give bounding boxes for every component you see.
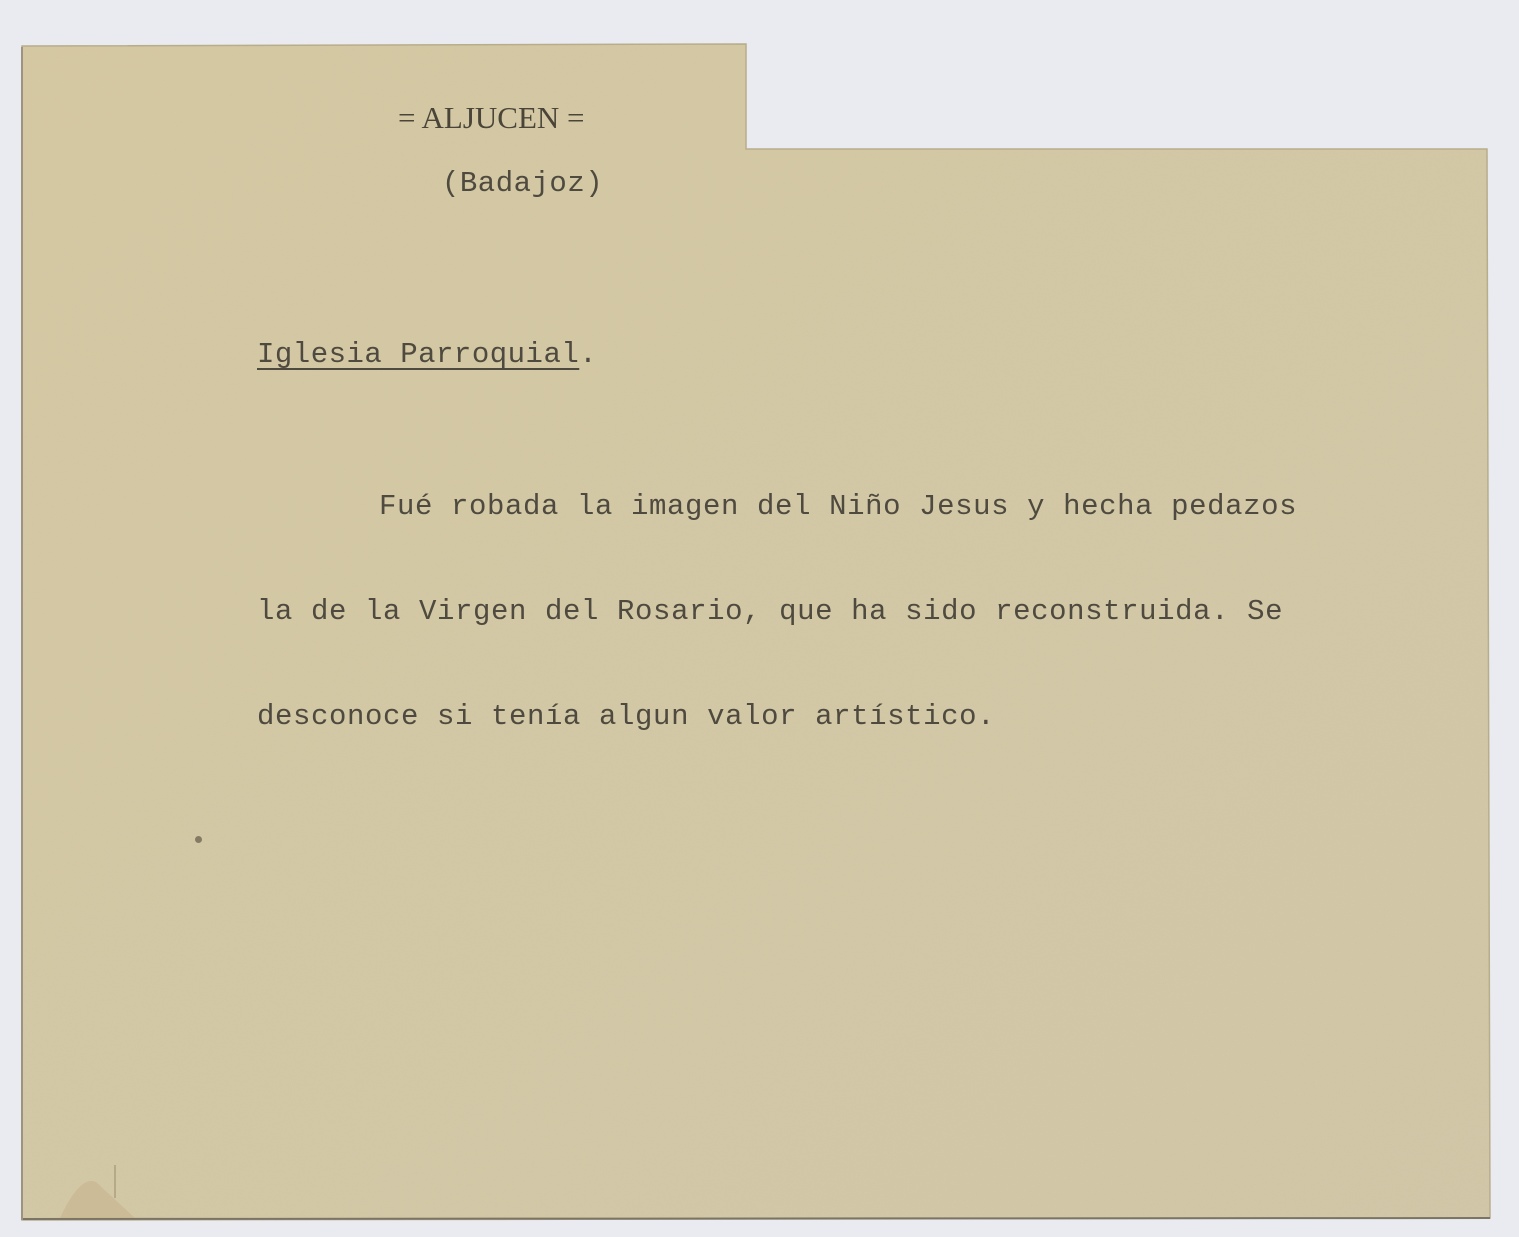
heading-period: . xyxy=(579,338,597,371)
card-title: = ALJUCEN = xyxy=(398,100,585,136)
body-line: desconoce si tenía algun valor artístico… xyxy=(257,699,1457,734)
index-card: = ALJUCEN = (Badajoz) Iglesia Parroquial… xyxy=(0,0,1519,1237)
body-line: Fué robada la imagen del Niño Jesus y he… xyxy=(257,489,1457,524)
body-line: la de la Virgen del Rosario, que ha sido… xyxy=(257,594,1457,629)
body-paragraph: Fué robada la imagen del Niño Jesus y he… xyxy=(257,419,1457,804)
heading-text: Iglesia Parroquial xyxy=(257,338,579,371)
ink-speck xyxy=(195,836,202,843)
card-subtitle: (Badajoz) xyxy=(442,167,603,200)
section-heading: Iglesia Parroquial. xyxy=(257,338,597,371)
